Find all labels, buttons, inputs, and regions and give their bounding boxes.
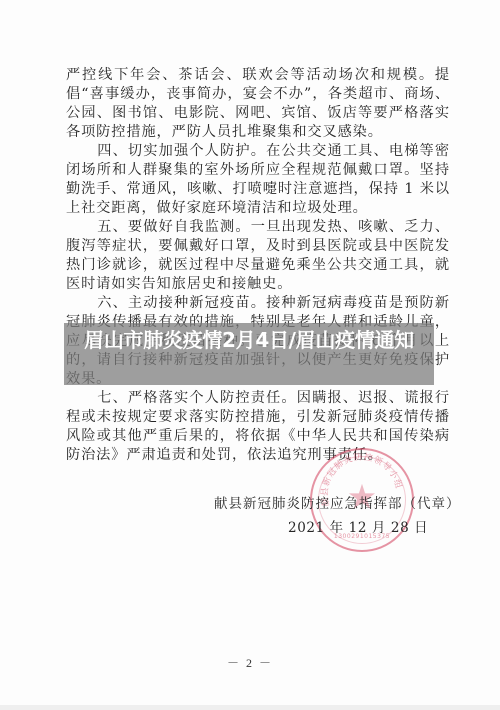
page-number: － 2 － <box>0 654 500 671</box>
overlay-title: 眉山市肺炎疫情2月4日/眉山疫情通知 <box>74 327 424 354</box>
issue-date: 2021 年 12 月 28 日 <box>288 516 428 536</box>
issuer-signature: 献县新冠肺炎防控应急指挥部（代章） <box>214 492 461 512</box>
paragraph-self-monitoring: 五、要做好自我监测。一旦出现发热、咳嗽、乏力、腹泻等症状，要佩戴好口罩，及时到县… <box>66 218 450 294</box>
title-overlay-banner: 眉山市肺炎疫情2月4日/眉山疫情通知 <box>64 323 434 385</box>
paragraph-personal-protection: 四、切实加强个人防护。在公共交通工具、电梯等密闭场所和人群聚集的室外场所应全程规… <box>66 142 450 218</box>
document-body: 严控线下年会、茶话会、联欢会等活动场次和规模。提倡“喜事缓办，丧事简办，宴会不办… <box>66 66 450 465</box>
bottom-strip <box>0 705 500 710</box>
paragraph-gatherings: 严控线下年会、茶话会、联欢会等活动场次和规模。提倡“喜事缓办，丧事简办，宴会不办… <box>66 66 450 142</box>
